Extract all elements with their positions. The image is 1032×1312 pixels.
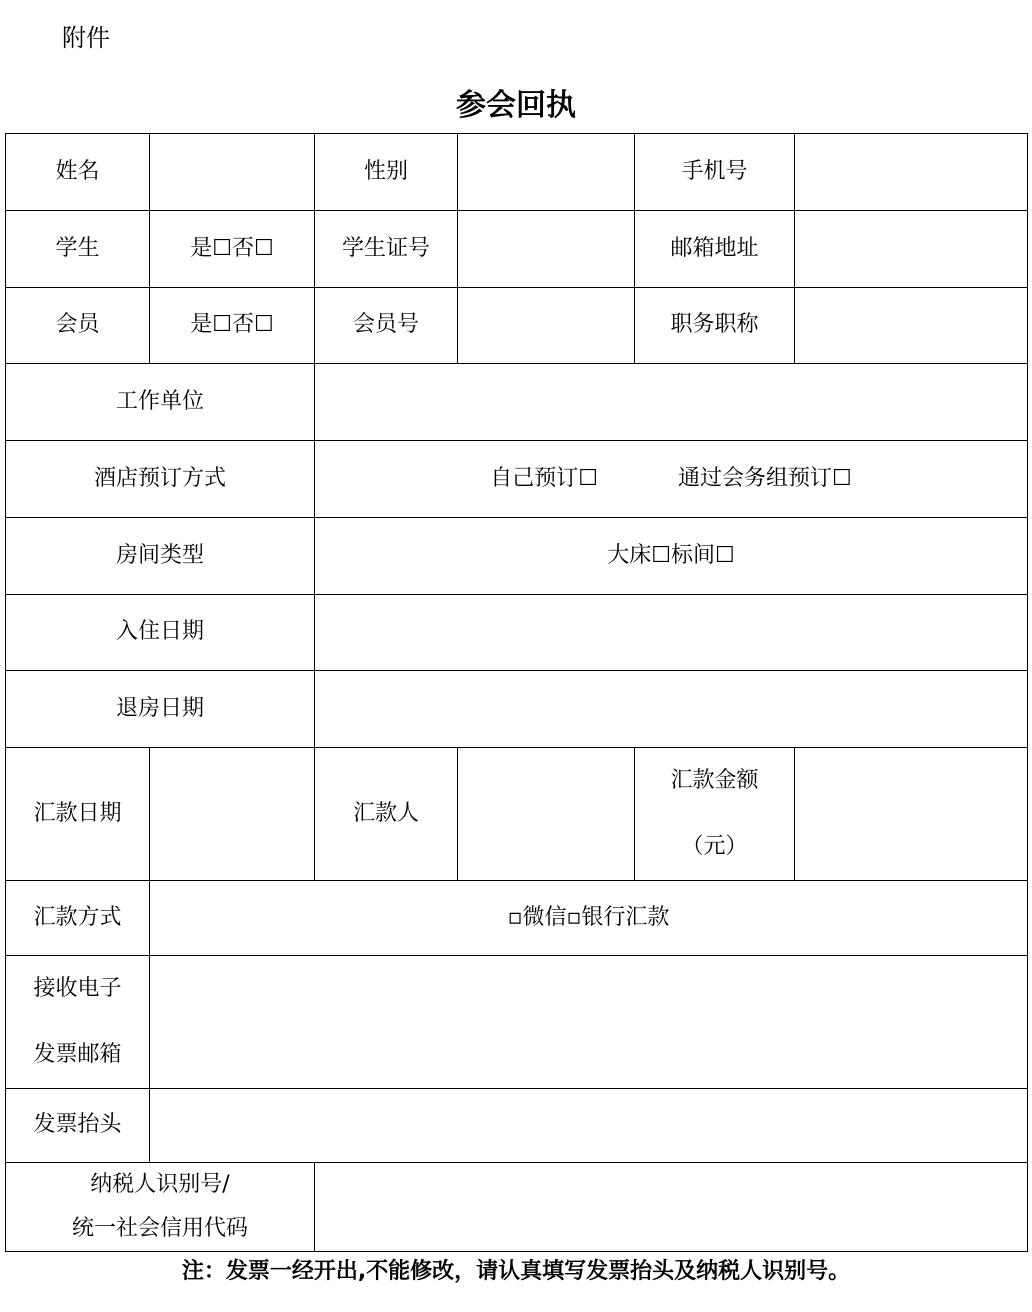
tax-id-field[interactable] bbox=[315, 1163, 1028, 1252]
group-booking-checkbox[interactable]: 通过会务组预订☐ bbox=[678, 466, 852, 491]
invoice-title-field[interactable] bbox=[150, 1089, 1028, 1163]
remit-method-checkboxes[interactable]: ▫微信▫银行汇款 bbox=[150, 881, 1028, 956]
email-label: 邮箱地址 bbox=[635, 211, 795, 288]
student-id-label: 学生证号 bbox=[315, 211, 458, 288]
student-label: 学生 bbox=[6, 211, 150, 288]
job-title-label: 职务职称 bbox=[635, 288, 795, 364]
payer-field[interactable] bbox=[458, 748, 635, 881]
self-booking-checkbox[interactable]: 自己预订☐ bbox=[490, 466, 598, 491]
tax-id-label-line2: 统一社会信用代码 bbox=[6, 1207, 314, 1251]
gender-field[interactable] bbox=[458, 134, 635, 211]
phone-field[interactable] bbox=[795, 134, 1028, 211]
room-type-checkboxes[interactable]: 大床☐标间☐ bbox=[315, 518, 1028, 595]
remit-method-label: 汇款方式 bbox=[6, 881, 150, 956]
member-checkbox[interactable]: 是☐否☐ bbox=[150, 288, 315, 364]
hotel-booking-label: 酒店预订方式 bbox=[6, 441, 315, 518]
invoice-title-label: 发票抬头 bbox=[6, 1089, 150, 1163]
phone-label: 手机号 bbox=[635, 134, 795, 211]
hotel-booking-options: 自己预订☐通过会务组预订☐ bbox=[315, 441, 1028, 518]
tax-id-label-line1: 纳税人识别号/ bbox=[6, 1163, 314, 1207]
registration-form-table: 姓名 性别 手机号 学生 是☐否☐ 学生证号 邮箱地址 会员 是☐否☐ 会员号 … bbox=[5, 133, 1028, 1252]
checkin-date-field[interactable] bbox=[315, 595, 1028, 671]
member-label: 会员 bbox=[6, 288, 150, 364]
amount-field[interactable] bbox=[795, 748, 1028, 881]
name-label: 姓名 bbox=[6, 134, 150, 211]
checkin-date-label: 入住日期 bbox=[6, 595, 315, 671]
checkout-date-label: 退房日期 bbox=[6, 671, 315, 748]
student-id-field[interactable] bbox=[458, 211, 635, 288]
work-unit-field[interactable] bbox=[315, 364, 1028, 441]
amount-label-line1: 汇款金额 bbox=[635, 748, 794, 814]
tax-id-label: 纳税人识别号/ 统一社会信用代码 bbox=[6, 1163, 315, 1252]
invoice-email-label-line2: 发票邮箱 bbox=[6, 1022, 149, 1088]
member-no-label: 会员号 bbox=[315, 288, 458, 364]
member-no-field[interactable] bbox=[458, 288, 635, 364]
student-checkbox[interactable]: 是☐否☐ bbox=[150, 211, 315, 288]
name-field[interactable] bbox=[150, 134, 315, 211]
job-title-field[interactable] bbox=[795, 288, 1028, 364]
invoice-email-label-line1: 接收电子 bbox=[6, 956, 149, 1022]
invoice-email-label: 接收电子 发票邮箱 bbox=[6, 956, 150, 1089]
gender-label: 性别 bbox=[315, 134, 458, 211]
amount-label: 汇款金额 （元） bbox=[635, 748, 795, 881]
invoice-email-field[interactable] bbox=[150, 956, 1028, 1089]
remit-date-field[interactable] bbox=[150, 748, 315, 881]
invoice-note: 注：发票一经开出,不能修改，请认真填写发票抬头及纳税人识别号。 bbox=[0, 1254, 1032, 1285]
remit-date-label: 汇款日期 bbox=[6, 748, 150, 881]
checkout-date-field[interactable] bbox=[315, 671, 1028, 748]
payer-label: 汇款人 bbox=[315, 748, 458, 881]
attachment-label: 附件 bbox=[62, 18, 110, 53]
amount-label-line2: （元） bbox=[635, 814, 794, 880]
room-type-label: 房间类型 bbox=[6, 518, 315, 595]
page-title: 参会回执 bbox=[0, 80, 1032, 124]
work-unit-label: 工作单位 bbox=[6, 364, 315, 441]
email-field[interactable] bbox=[795, 211, 1028, 288]
